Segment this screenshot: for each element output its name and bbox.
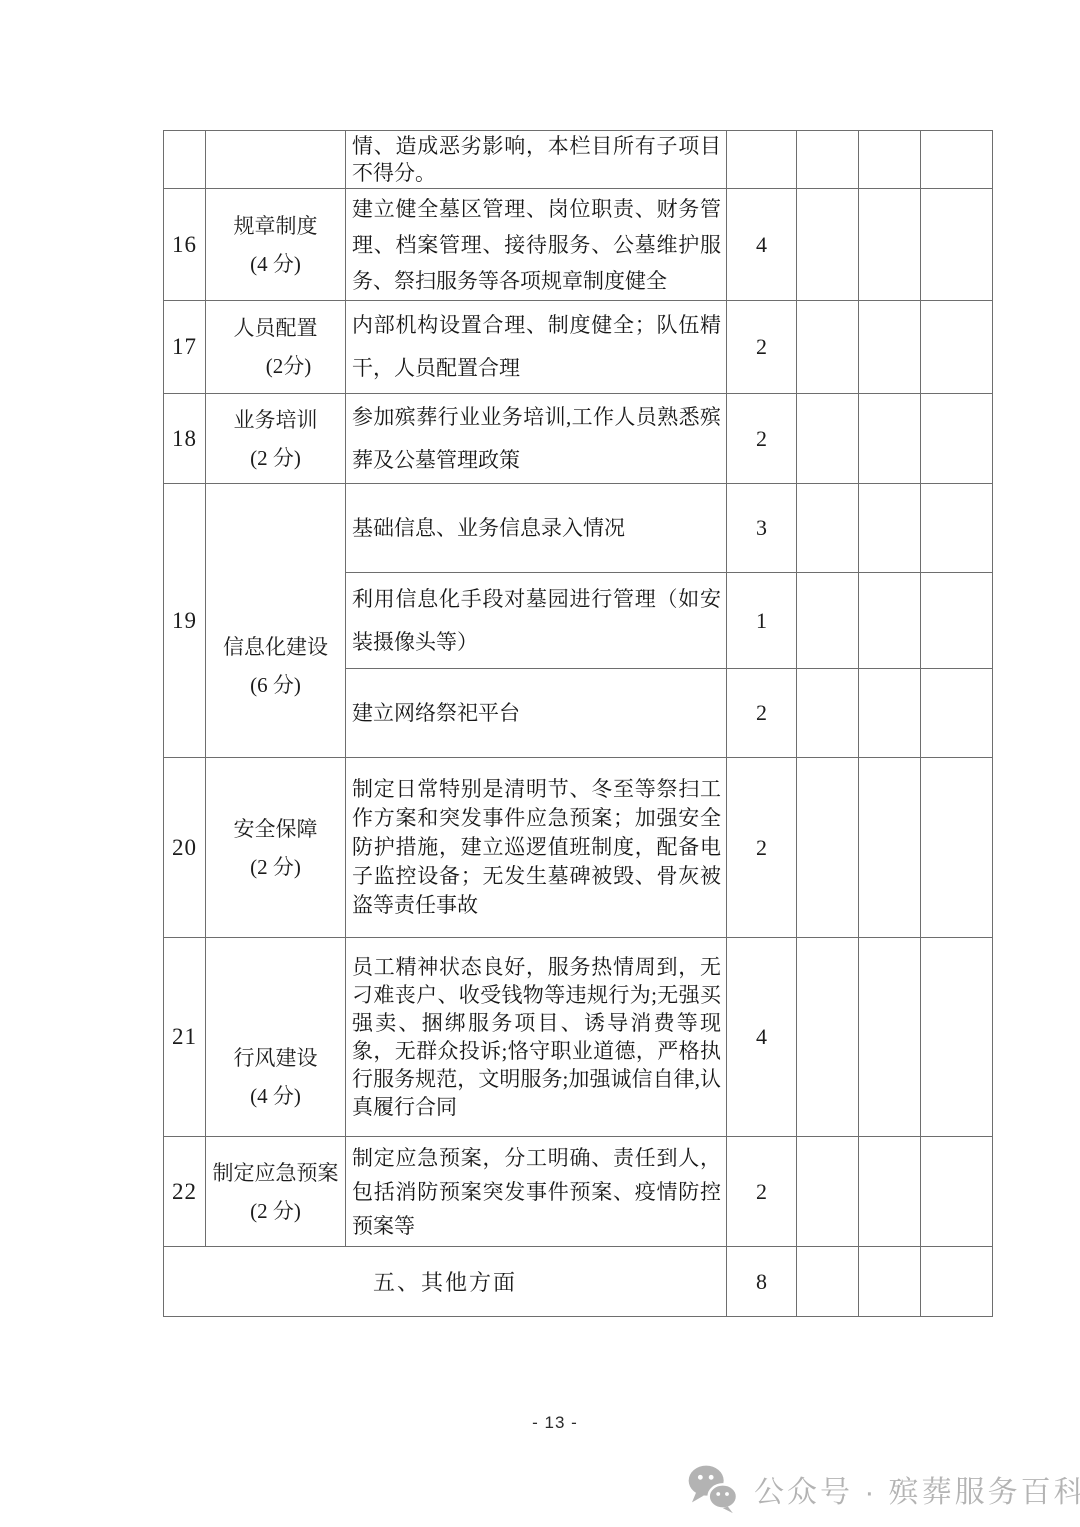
row-number-cell: 20: [164, 758, 206, 938]
category-label: 规章制度: [206, 207, 345, 245]
category-cell: [206, 131, 346, 189]
entry-cell: [797, 758, 859, 938]
criteria-cell: 建立网络祭祀平台: [346, 669, 727, 758]
entry-cell: [797, 394, 859, 484]
entry-cell: [859, 938, 921, 1137]
page-number: - 13 -: [15, 1413, 1080, 1433]
entry-cell: [921, 938, 993, 1137]
table-row-19-sub1: 19 信息化建设 (6 分) 基础信息、业务信息录入情况 3: [164, 484, 993, 573]
category-label: 行风建设: [206, 1039, 345, 1077]
category-label: 安全保障: [206, 810, 345, 848]
entry-cell: [921, 394, 993, 484]
entry-cell: [859, 394, 921, 484]
category-points: (2 分): [206, 439, 345, 477]
entry-cell: [797, 573, 859, 669]
category-label: 人员配置: [206, 309, 345, 347]
entry-cell: [859, 758, 921, 938]
row-number-cell: 22: [164, 1137, 206, 1247]
score-cell: 1: [727, 573, 797, 669]
score-cell: [727, 131, 797, 189]
table-row-16: 16 规章制度 (4 分) 建立健全墓区管理、岗位职责、财务管理、档案管理、接待…: [164, 189, 993, 301]
entry-cell: [859, 669, 921, 758]
score-cell: 4: [727, 938, 797, 1137]
criteria-cell: 员工精神状态良好，服务热情周到，无刁难丧户、收受钱物等违规行为;无强买强卖、捆绑…: [346, 938, 727, 1137]
category-cell: 业务培训 (2 分): [206, 394, 346, 484]
category-points: (4 分): [206, 1077, 345, 1115]
row-number-cell: 17: [164, 301, 206, 394]
score-cell: 2: [727, 1137, 797, 1247]
wechat-icon: [686, 1464, 738, 1514]
watermark-label: 公众号 · 殡葬服务百科: [754, 1467, 1080, 1511]
entry-cell: [921, 1137, 993, 1247]
category-points: (6 分): [206, 666, 345, 704]
category-cell: 规章制度 (4 分): [206, 189, 346, 301]
score-cell: 2: [727, 301, 797, 394]
criteria-cell: 建立健全墓区管理、岗位职责、财务管理、档案管理、接待服务、公墓维护服务、祭扫服务…: [346, 189, 727, 301]
entry-cell: [921, 758, 993, 938]
entry-cell: [921, 484, 993, 573]
entry-cell: [921, 669, 993, 758]
category-cell: 人员配置 (2分): [206, 301, 346, 394]
table-row-continuation: 情、造成恶劣影响，本栏目所有子项目不得分。: [164, 131, 993, 189]
row-number-cell: 16: [164, 189, 206, 301]
entry-cell: [859, 484, 921, 573]
entry-cell: [859, 1137, 921, 1247]
entry-cell: [797, 669, 859, 758]
category-points: (2 分): [206, 1192, 345, 1230]
entry-cell: [797, 131, 859, 189]
entry-cell: [797, 1247, 859, 1317]
entry-cell: [859, 301, 921, 394]
criteria-cell: 内部机构设置合理、制度健全；队伍精干，人员配置合理: [346, 301, 727, 394]
row-number-cell: [164, 131, 206, 189]
entry-cell: [921, 573, 993, 669]
document-page: 情、造成恶劣影响，本栏目所有子项目不得分。 16 规章制度 (4 分) 建立健全…: [0, 0, 1080, 1527]
criteria-cell: 参加殡葬行业业务培训,工作人员熟悉殡葬及公墓管理政策: [346, 394, 727, 484]
row-number-cell: 18: [164, 394, 206, 484]
category-points: (2分): [206, 347, 345, 385]
category-cell: 制定应急预案 (2 分): [206, 1137, 346, 1247]
category-label: 信息化建设: [206, 628, 345, 666]
score-cell: 2: [727, 394, 797, 484]
score-cell: 4: [727, 189, 797, 301]
table-row-22: 22 制定应急预案 (2 分) 制定应急预案，分工明确、责任到人，包括消防预案突…: [164, 1137, 993, 1247]
score-cell: 8: [727, 1247, 797, 1317]
table-row-21: 21 行风建设 (4 分) 员工精神状态良好，服务热情周到，无刁难丧户、收受钱物…: [164, 938, 993, 1137]
category-points: (2 分): [206, 848, 345, 886]
watermark: 公众号 · 殡葬服务百科: [686, 1458, 1080, 1520]
criteria-cell: 基础信息、业务信息录入情况: [346, 484, 727, 573]
entry-cell: [921, 189, 993, 301]
score-cell: 3: [727, 484, 797, 573]
score-cell: 2: [727, 669, 797, 758]
entry-cell: [797, 938, 859, 1137]
entry-cell: [921, 131, 993, 189]
table-row-17: 17 人员配置 (2分) 内部机构设置合理、制度健全；队伍精干，人员配置合理 2: [164, 301, 993, 394]
category-points: (4 分): [206, 245, 345, 283]
category-cell: 信息化建设 (6 分): [206, 484, 346, 758]
entry-cell: [797, 189, 859, 301]
category-cell: 行风建设 (4 分): [206, 938, 346, 1137]
criteria-cell: 制定日常特别是清明节、冬至等祭扫工作方案和突发事件应急预案；加强安全防护措施，建…: [346, 758, 727, 938]
table-row-18: 18 业务培训 (2 分) 参加殡葬行业业务培训,工作人员熟悉殡葬及公墓管理政策…: [164, 394, 993, 484]
entry-cell: [797, 301, 859, 394]
cemetery-scoring-table: 情、造成恶劣影响，本栏目所有子项目不得分。 16 规章制度 (4 分) 建立健全…: [163, 130, 993, 1317]
entry-cell: [859, 573, 921, 669]
entry-cell: [797, 484, 859, 573]
entry-cell: [797, 1137, 859, 1247]
score-cell: 2: [727, 758, 797, 938]
section-title-cell: 五、其他方面: [164, 1247, 727, 1317]
table-row-20: 20 安全保障 (2 分) 制定日常特别是清明节、冬至等祭扫工作方案和突发事件应…: [164, 758, 993, 938]
table-row-section-other: 五、其他方面 8: [164, 1247, 993, 1317]
row-number-cell: 19: [164, 484, 206, 758]
entry-cell: [921, 1247, 993, 1317]
entry-cell: [921, 301, 993, 394]
entry-cell: [859, 1247, 921, 1317]
criteria-cell: 利用信息化手段对墓园进行管理（如安装摄像头等）: [346, 573, 727, 669]
category-label: 制定应急预案: [206, 1154, 345, 1192]
category-cell: 安全保障 (2 分): [206, 758, 346, 938]
entry-cell: [859, 189, 921, 301]
entry-cell: [859, 131, 921, 189]
row-number-cell: 21: [164, 938, 206, 1137]
category-label: 业务培训: [206, 401, 345, 439]
criteria-cell: 情、造成恶劣影响，本栏目所有子项目不得分。: [346, 131, 727, 189]
criteria-cell: 制定应急预案，分工明确、责任到人，包括消防预案突发事件预案、疫情防控预案等: [346, 1137, 727, 1247]
